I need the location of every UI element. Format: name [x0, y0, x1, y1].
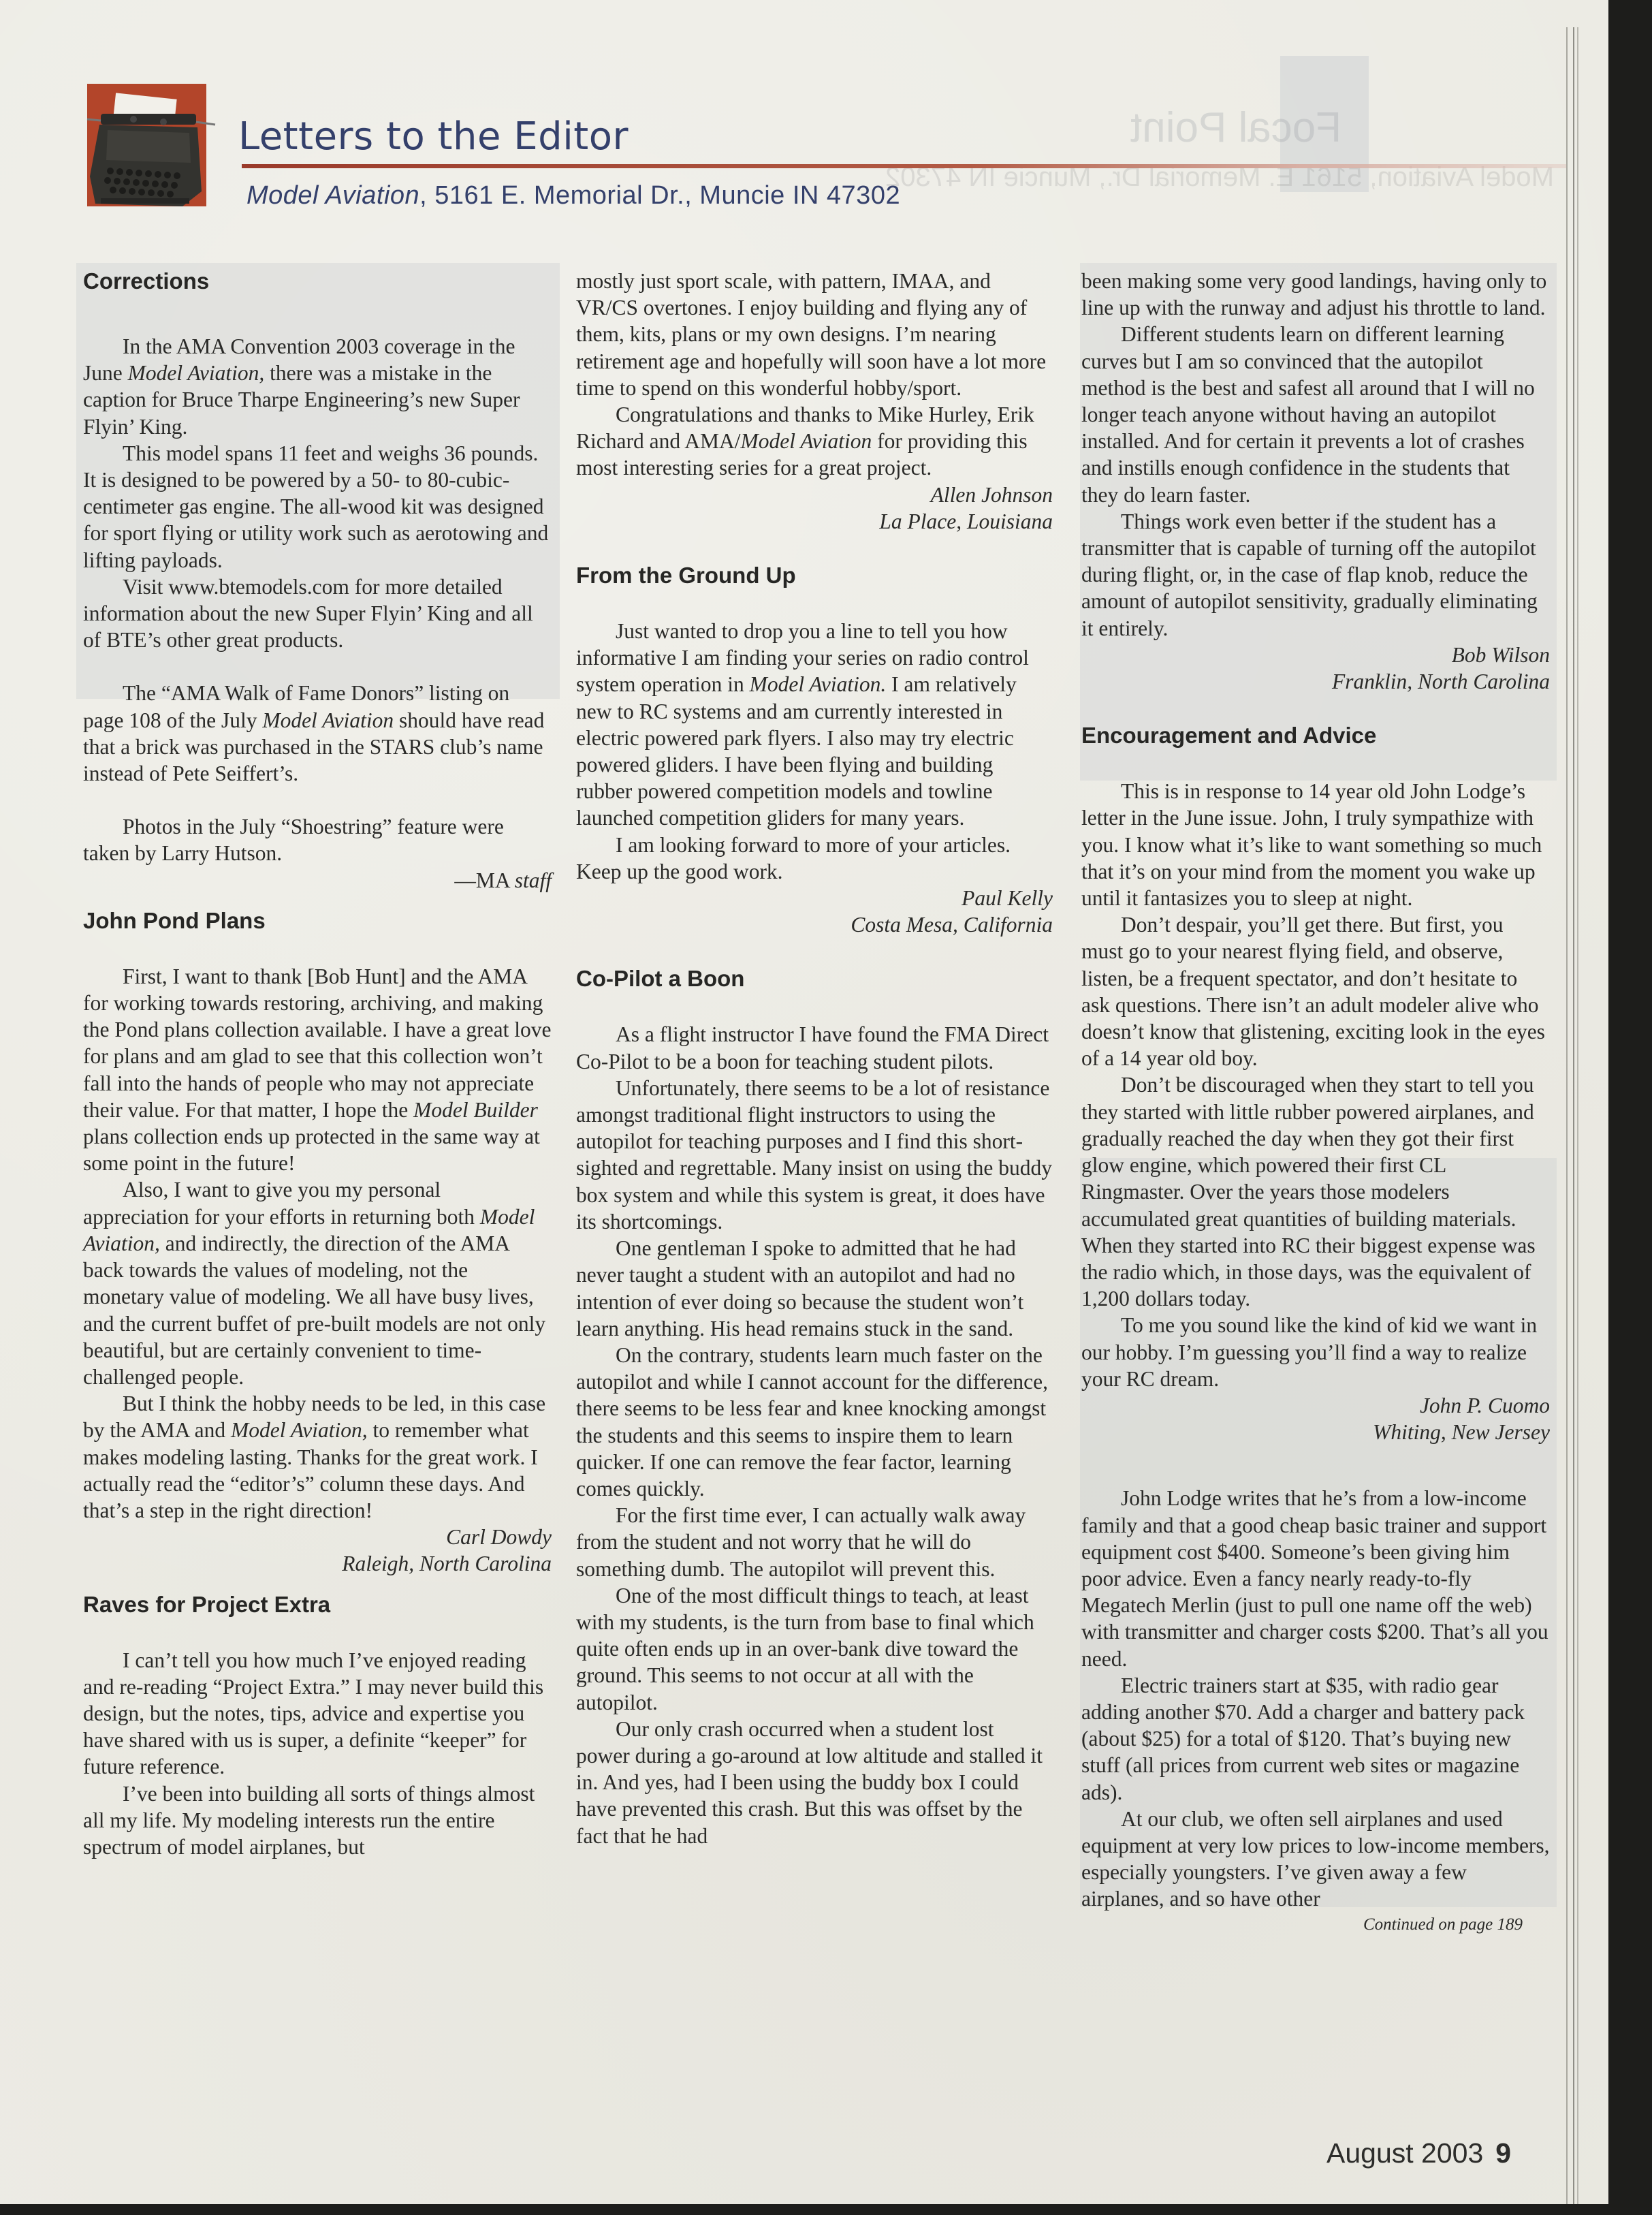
paragraph: Visit www.btemodels.com for more detaile… [83, 574, 552, 654]
paragraph: This model spans 11 feet and weighs 36 p… [83, 440, 552, 574]
paragraph: Photos in the July “Shoestring” feature … [83, 813, 552, 866]
paragraph: I can’t tell you how much I’ve enjoyed r… [83, 1647, 552, 1780]
paragraph: On the contrary, students learn much fas… [576, 1342, 1053, 1502]
issue-date: August 2003 [1327, 2137, 1483, 2169]
signature-name: Allen Johnson [576, 482, 1053, 508]
paragraph: Unfortunately, there seems to be a lot o… [576, 1075, 1053, 1235]
paragraph: Don’t despair, you’ll get there. But fir… [1081, 911, 1550, 1071]
publication-name: Model Aviation [247, 181, 419, 210]
page-number: 9 [1495, 2137, 1511, 2169]
section-heading-raves-for-project-extra: Raves for Project Extra [83, 1591, 552, 1618]
paragraph: One gentleman I spoke to admitted that h… [576, 1235, 1053, 1342]
paragraph: The “AMA Walk of Fame Donors” listing on… [83, 680, 552, 787]
paragraph: Just wanted to drop you a line to tell y… [576, 618, 1053, 832]
paragraph: Congratulations and thanks to Mike Hurle… [576, 401, 1053, 482]
paragraph-continued: been making some very good landings, hav… [1081, 268, 1550, 321]
signature-place: Franklin, North Carolina [1081, 668, 1550, 695]
street-address: , 5161 E. Memorial Dr., Muncie IN 47302 [419, 181, 900, 210]
paragraph: This is in response to 14 year old John … [1081, 778, 1550, 911]
section-heading-corrections: Corrections [83, 268, 552, 295]
paragraph: John Lodge writes that he’s from a low-i… [1081, 1485, 1550, 1671]
title-divider [242, 164, 1566, 168]
paragraph: I am looking forward to more of your art… [576, 832, 1053, 885]
signature-place: La Place, Louisiana [576, 508, 1053, 535]
signature: —MA staff [83, 867, 552, 894]
page-title: Letters to the Editor [238, 114, 629, 159]
paragraph: Electric trainers start at $35, with rad… [1081, 1672, 1550, 1806]
paragraph: I’ve been into building all sorts of thi… [83, 1780, 552, 1861]
paragraph-continued: mostly just sport scale, with pattern, I… [576, 268, 1053, 401]
column-1: Corrections In the AMA Convention 2003 c… [83, 268, 552, 1860]
paragraph: Different students learn on different le… [1081, 321, 1550, 507]
typewriter-icon [87, 84, 206, 206]
signature-name: Bob Wilson [1081, 642, 1550, 668]
continued-on-link[interactable]: Continued on page 189 [1081, 1913, 1523, 1937]
paragraph: Don’t be discouraged when they start to … [1081, 1071, 1550, 1312]
signature-name: John P. Cuomo [1081, 1392, 1550, 1419]
signature-place: Whiting, New Jersey [1081, 1419, 1550, 1445]
paragraph: At our club, we often sell airplanes and… [1081, 1806, 1550, 1913]
page-stack-edge [1566, 27, 1610, 2204]
column-2: mostly just sport scale, with pattern, I… [576, 268, 1053, 1849]
section-heading-encouragement-and-advice: Encouragement and Advice [1081, 722, 1550, 749]
paragraph: But I think the hobby needs to be led, i… [83, 1390, 552, 1524]
page-header: Letters to the Editor Model Aviation, 51… [0, 0, 1566, 225]
page-footer: August 20039 [1327, 2137, 1511, 2169]
mailing-address: Model Aviation, 5161 E. Memorial Dr., Mu… [247, 181, 900, 210]
paragraph: First, I want to thank [Bob Hunt] and th… [83, 963, 552, 1177]
paragraph: As a flight instructor I have found the … [576, 1021, 1053, 1074]
column-3: been making some very good landings, hav… [1081, 268, 1550, 1937]
signature-name: Paul Kelly [576, 885, 1053, 911]
section-heading-co-pilot-a-boon: Co-Pilot a Boon [576, 965, 1053, 992]
section-heading-from-the-ground-up: From the Ground Up [576, 562, 1053, 589]
paragraph: In the AMA Convention 2003 coverage in t… [83, 333, 552, 440]
paragraph: For the first time ever, I can actually … [576, 1502, 1053, 1582]
signature-place: Raleigh, North Carolina [83, 1550, 552, 1577]
paragraph: To me you sound like the kind of kid we … [1081, 1312, 1550, 1392]
paragraph: Things work even better if the student h… [1081, 508, 1550, 642]
signature-place: Costa Mesa, California [576, 911, 1053, 938]
paragraph: One of the most difficult things to teac… [576, 1582, 1053, 1716]
paragraph: Also, I want to give you my personal app… [83, 1176, 552, 1390]
section-heading-john-pond-plans: John Pond Plans [83, 907, 552, 934]
magazine-page: Focal Point Model Aviation, 5161 E. Memo… [0, 0, 1608, 2204]
paragraph: Our only crash occurred when a student l… [576, 1716, 1053, 1849]
signature-name: Carl Dowdy [83, 1524, 552, 1550]
